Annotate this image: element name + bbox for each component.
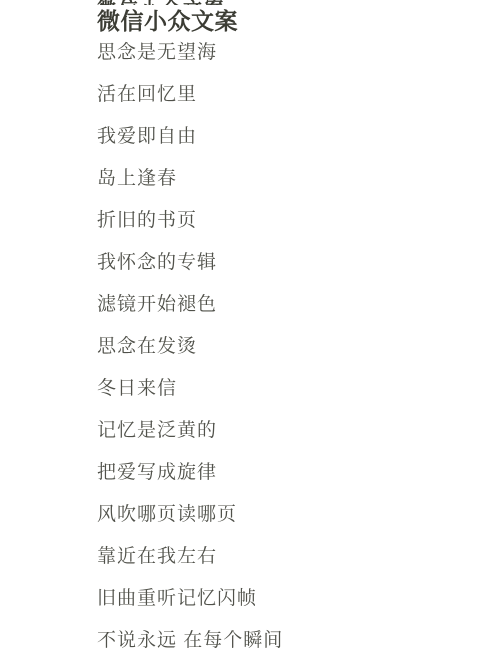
list-item: 我爱即自由: [97, 126, 470, 147]
page-title: 微信小众文案: [97, 8, 470, 35]
list-item: 把爱写成旋律: [97, 462, 470, 483]
list-item: 活在回忆里: [97, 84, 470, 105]
clipped-top-line: 微信小众文案: [97, 0, 470, 5]
document-page: 微信小众文案 微信小众文案 思念是无望海活在回忆里我爱即自由岛上逢春折旧的书页我…: [0, 0, 500, 662]
copywriting-list: 思念是无望海活在回忆里我爱即自由岛上逢春折旧的书页我怀念的专辑滤镜开始褪色思念在…: [97, 42, 470, 651]
list-item: 岛上逢春: [97, 168, 470, 189]
list-item: 滤镜开始褪色: [97, 294, 470, 315]
list-item: 旧曲重听记忆闪帧: [97, 588, 470, 609]
list-item: 靠近在我左右: [97, 546, 470, 567]
clipped-top-line-text: 微信小众文案: [97, 0, 226, 5]
list-item: 不说永远 在每个瞬间: [97, 630, 470, 651]
list-item: 记忆是泛黄的: [97, 420, 470, 441]
list-item: 思念是无望海: [97, 42, 470, 63]
list-item: 我怀念的专辑: [97, 252, 470, 273]
list-item: 冬日来信: [97, 378, 470, 399]
list-item: 思念在发烫: [97, 336, 470, 357]
list-item: 折旧的书页: [97, 210, 470, 231]
list-item: 风吹哪页读哪页: [97, 504, 470, 525]
